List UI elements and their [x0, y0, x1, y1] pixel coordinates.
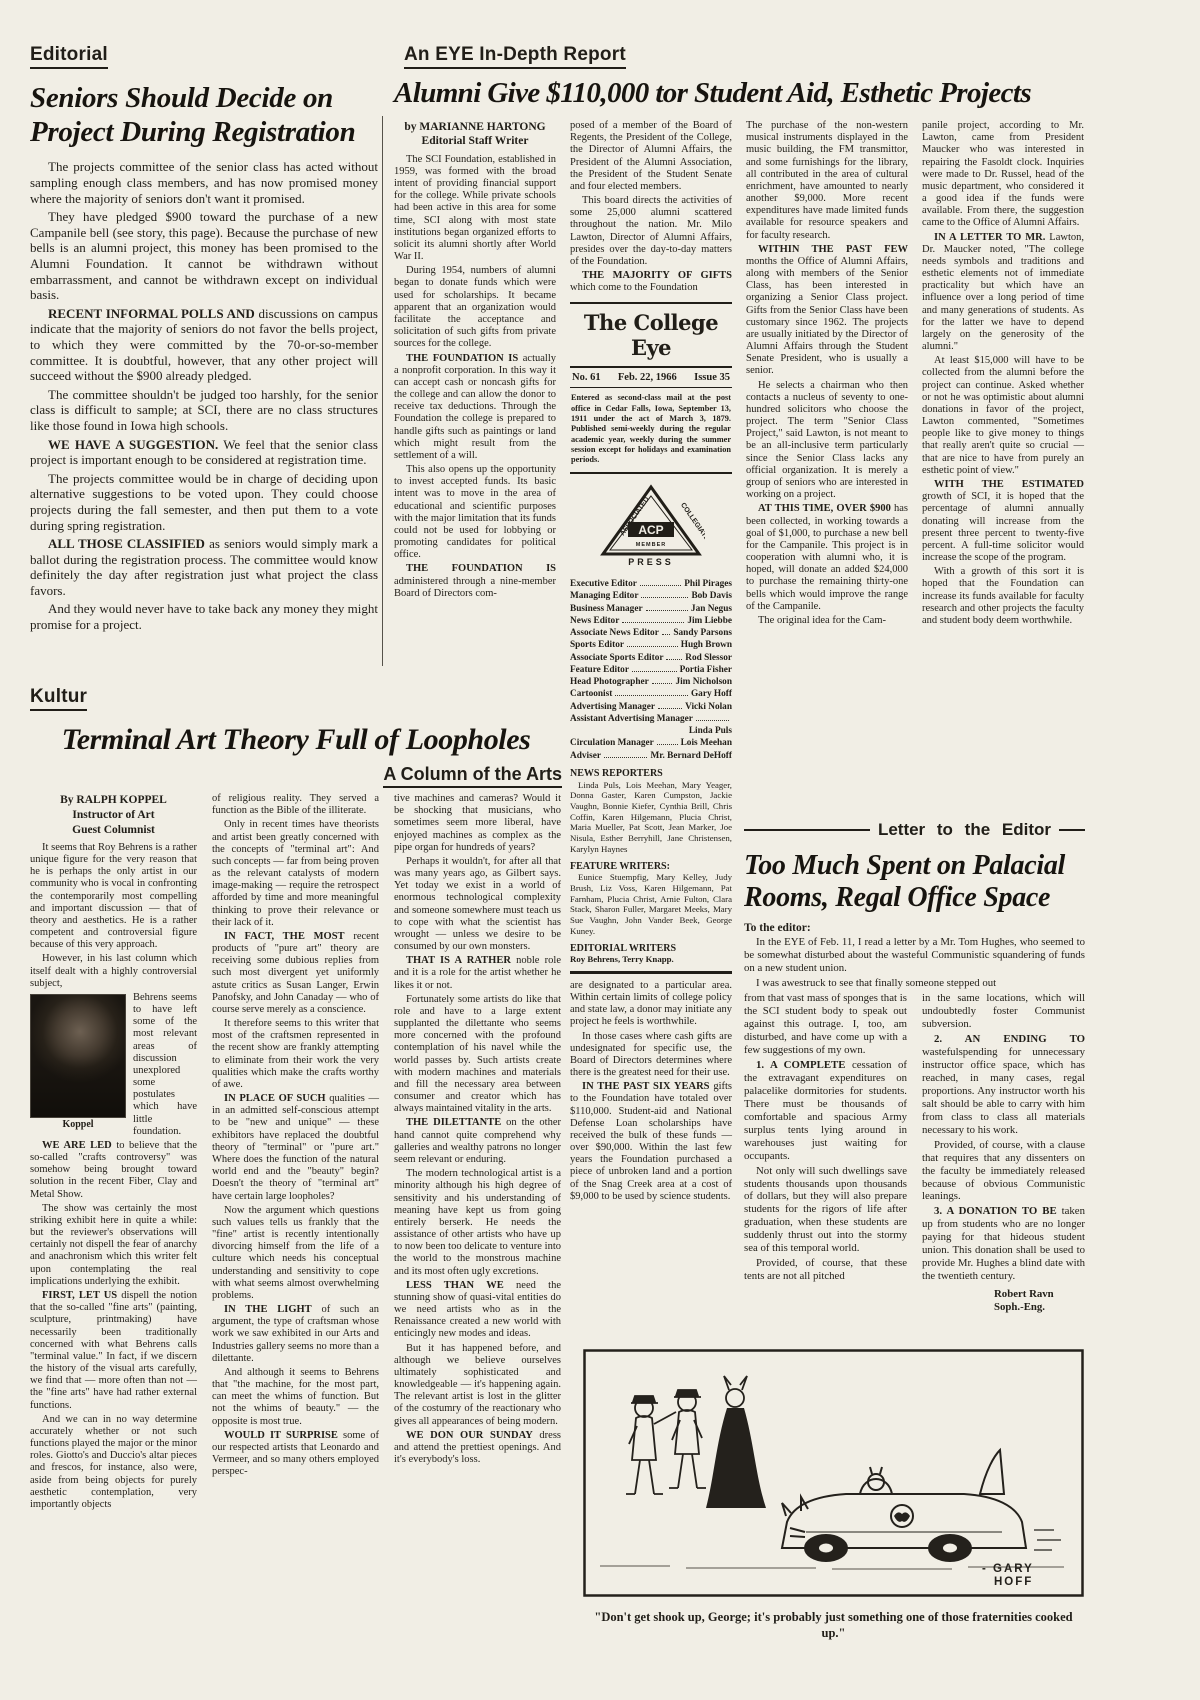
paragraph: Not only will such dwellings save studen… — [744, 1165, 907, 1256]
dotted-leader — [622, 622, 684, 623]
staff-row: Managing EditorBob Davis — [570, 590, 732, 602]
alumni-col2-bottom-text: are designated to a particular area. Wit… — [570, 980, 732, 1203]
paragraph-lead-in: IN FACT, THE MOST — [224, 931, 345, 942]
kultur-column-2: of religious reality. They served a func… — [212, 793, 379, 1480]
cartoonist-signature-line2: HOFF — [994, 1576, 1033, 1588]
svg-text:COLLEGIATE: COLLEGIATE — [679, 502, 705, 543]
editorial-writers-names: Roy Behrens, Terry Knapp. — [570, 954, 732, 965]
staff-role: Associate Sports Editor — [570, 652, 663, 664]
acp-triangle-icon: ASSOCIATED COLLEGIATE ACP MEMBER PRESS — [597, 482, 705, 568]
kultur-kicker: Kultur — [30, 686, 87, 711]
paragraph-lead-in: 2. AN ENDING TO — [934, 1033, 1085, 1045]
paragraph: are designated to a particular area. Wit… — [570, 980, 732, 1029]
feature-writers-names: Eunice Stuempfig, Mary Kelley, Judy Brus… — [570, 872, 732, 936]
paragraph: The SCI Foundation, established in 1959,… — [394, 154, 556, 264]
paragraph: The modern technological artist is a min… — [394, 1168, 561, 1278]
dotted-leader — [666, 659, 682, 660]
signature-class: Soph.-Eng. — [922, 1301, 1085, 1314]
dotted-leader — [632, 671, 677, 672]
kultur-col1-rest-text: WE ARE LED to believe that the so-called… — [30, 1140, 197, 1511]
paragraph: Provided, of course, that these tents ar… — [744, 1257, 907, 1283]
kicker-rule-right — [1059, 829, 1085, 831]
staff-person: Lois Meehan — [681, 737, 732, 749]
letter-col2-text: in the same locations, which will undoub… — [922, 992, 1085, 1283]
paragraph: THAT IS A RATHER noble role and it is a … — [394, 955, 561, 992]
alumni-byline: by MARIANNE HARTONGEditorial Staff Write… — [394, 120, 556, 149]
paragraph-lead-in: LESS THAN WE — [406, 1280, 504, 1291]
paragraph: of religious reality. They served a func… — [212, 793, 379, 817]
kicker-rule-left — [744, 829, 870, 831]
staff-row: Sports EditorHugh Brown — [570, 639, 732, 651]
paragraph: Provided, of course, with a clause that … — [922, 1139, 1085, 1204]
paragraph-lead-in: THE FOUNDATION IS — [406, 353, 518, 364]
batmobile-icon — [782, 1450, 1061, 1561]
editorial-headline-line1: Seniors Should Decide on — [30, 82, 333, 114]
letter-section: Letter to the Editor Too Much Spent on P… — [744, 820, 1085, 1314]
staff-row: Executive EditorPhil Pirages — [570, 578, 732, 590]
kultur-headline: Terminal Art Theory Full of Loopholes — [30, 723, 562, 757]
alumni-headline: Alumni Give $110,000 tor Student Aid, Es… — [394, 77, 1084, 110]
letter-headline-line2: Rooms, Regal Office Space — [744, 882, 1050, 913]
police-officer-1-icon — [626, 1396, 676, 1494]
paragraph: The original idea for the Cam- — [746, 615, 908, 627]
second-class-mail-notice: Entered as second-class mail at the post… — [570, 388, 732, 474]
police-officer-2-icon — [669, 1390, 706, 1488]
editorial-headline-line2: Project During Registration — [30, 116, 355, 148]
koppel-portrait-photo — [30, 994, 126, 1118]
paragraph: Perhaps it wouldn't, for after all that … — [394, 856, 561, 953]
koppel-photo-block: Koppel — [30, 994, 126, 1131]
column-divider-rule — [382, 116, 383, 666]
dotted-leader — [646, 610, 688, 611]
issue-count: Issue 35 — [694, 372, 730, 384]
dotted-leader — [662, 634, 671, 635]
editorial-kicker: Editorial — [30, 44, 108, 69]
staff-person: Jan Negus — [691, 603, 732, 615]
paragraph: With a growth of this sort it is hoped t… — [922, 566, 1084, 627]
paragraph: I was awestruck to see that finally some… — [744, 977, 1085, 990]
staff-role: News Editor — [570, 615, 619, 627]
paragraph: WE ARE LED to believe that the so-called… — [30, 1140, 197, 1201]
paragraph-lead-in: THE MAJORITY OF GIFTS — [582, 270, 732, 281]
staff-row: Assistant Advertising ManagerLinda Puls — [570, 713, 732, 738]
staff-row: News EditorJim Liebbe — [570, 615, 732, 627]
staff-role: Cartoonist — [570, 688, 612, 700]
paragraph: The committee shouldn't be judged too ha… — [30, 387, 378, 434]
paragraph: However, in his last column which itself… — [30, 953, 197, 990]
byline-title: Editorial Staff Writer — [422, 135, 529, 147]
cartoon-caption: "Don't get shook up, George; it's probab… — [582, 1609, 1085, 1642]
staff-role: Executive Editor — [570, 578, 637, 590]
masthead-box: The College Eye No. 61 Feb. 22, 1966 Iss… — [570, 302, 732, 973]
paragraph: ALL THOSE CLASSIFIED as seniors would si… — [30, 536, 378, 598]
paragraph: from that vast mass of sponges that is t… — [744, 992, 907, 1057]
staff-person: Rod Slessor — [685, 652, 732, 664]
paragraph: panile project, according to Mr. Lawton,… — [922, 120, 1084, 230]
paragraph: IN PLACE OF SUCH qualities — in an admit… — [212, 1093, 379, 1203]
paragraph: THE MAJORITY OF GIFTS which come to the … — [570, 270, 732, 294]
paragraph-lead-in: THE DILETTANTE — [406, 1117, 501, 1128]
letter-column-1: from that vast mass of sponges that is t… — [744, 992, 907, 1285]
arts-column-label: A Column of the Arts — [383, 764, 562, 788]
paragraph-lead-in: ALL THOSE CLASSIFIED — [48, 536, 205, 551]
paragraph: It therefore seems to this writer that m… — [212, 1018, 379, 1091]
dotted-leader — [615, 695, 688, 696]
paragraph-lead-in: THE FOUNDATION IS — [406, 563, 556, 574]
alumni-column-4: panile project, according to Mr. Lawton,… — [922, 120, 1084, 629]
paragraph: 3. A DONATION TO BE taken up from studen… — [922, 1205, 1085, 1283]
paragraph: posed of a member of the Board of Regent… — [570, 120, 732, 193]
paragraph: He selects a chairman who then contacts … — [746, 380, 908, 502]
alumni-column-3: The purchase of the non-western musical … — [746, 120, 908, 629]
paragraph: This also opens up the opportunity to in… — [394, 464, 556, 561]
paragraph: And they would never have to take back a… — [30, 601, 378, 632]
staff-person: Phil Pirages — [684, 578, 732, 590]
letter-column-2: in the same locations, which will undoub… — [922, 992, 1085, 1314]
paragraph: The show was certainly the most striking… — [30, 1203, 197, 1288]
paragraph: IN THE LIGHT of such an argument, the ty… — [212, 1304, 379, 1365]
staff-person: Mr. Bernard DeHoff — [650, 750, 732, 762]
paragraph-lead-in: WITHIN THE PAST FEW — [758, 244, 908, 255]
staff-person: Linda Puls — [689, 725, 732, 737]
editorial-headline: Seniors Should Decide onProject During R… — [30, 81, 378, 149]
paragraph: 1. A COMPLETE cessation of the extravaga… — [744, 1059, 907, 1163]
paragraph-lead-in: WE HAVE A SUGGESTION. — [48, 437, 218, 452]
staff-role: Assistant Advertising Manager — [570, 713, 693, 725]
editorial-section: Editorial Seniors Should Decide onProjec… — [30, 44, 378, 636]
kultur-column-1: By RALPH KOPPEL Instructor of Art Guest … — [30, 793, 197, 1513]
alumni-col1-text: The SCI Foundation, established in 1959,… — [394, 154, 556, 600]
paragraph-lead-in: THAT IS A RATHER — [406, 955, 511, 966]
paragraph: WE DON OUR SUNDAY dress and attend the p… — [394, 1430, 561, 1467]
dotted-leader — [658, 708, 682, 709]
kultur-section: Kultur Terminal Art Theory Full of Looph… — [30, 686, 562, 1513]
staff-row: Advertising ManagerVicki Nolan — [570, 701, 732, 713]
dotted-leader — [696, 720, 729, 721]
staff-role: Feature Editor — [570, 664, 629, 676]
staff-person: Vicki Nolan — [685, 701, 732, 713]
dotted-leader — [657, 744, 678, 745]
paragraph: Only in recent times have theorists and … — [212, 819, 379, 929]
paragraph: in the same locations, which will undoub… — [922, 992, 1085, 1031]
paragraph: WE HAVE A SUGGESTION. We feel that the s… — [30, 437, 378, 468]
staff-row: Associate News EditorSandy Parsons — [570, 627, 732, 639]
paragraph: THE FOUNDATION IS actually a nonprofit c… — [394, 353, 556, 463]
kultur-byline-role2: Guest Columnist — [72, 824, 155, 836]
news-reporters-label: NEWS REPORTERS — [570, 768, 732, 780]
paragraph: At least $15,000 will have to be collect… — [922, 355, 1084, 477]
paragraph: WOULD IT SURPRISE some of our respected … — [212, 1430, 379, 1479]
news-reporters-block: NEWS REPORTERS Linda Puls, Lois Meehan, … — [570, 768, 732, 855]
staff-row: AdviserMr. Bernard DeHoff — [570, 750, 732, 762]
kultur-byline-role1: Instructor of Art — [72, 809, 154, 821]
acp-press-logo: ASSOCIATED COLLEGIATE ACP MEMBER PRESS — [570, 474, 732, 574]
newspaper-nameplate: The College Eye — [570, 302, 732, 368]
staff-list: Executive EditorPhil PiragesManaging Edi… — [570, 578, 732, 762]
svg-text:ACP: ACP — [638, 523, 663, 537]
paragraph: FIRST, LET US dispell the notion that th… — [30, 1290, 197, 1412]
dotted-leader — [652, 683, 673, 684]
paragraph: LESS THAN WE need the stunning show of q… — [394, 1280, 561, 1341]
kultur-columns: By RALPH KOPPEL Instructor of Art Guest … — [30, 793, 562, 1513]
feature-writers-block: FEATURE WRITERS: Eunice Stuempfig, Mary … — [570, 861, 732, 937]
photo-caption: Koppel — [30, 1118, 126, 1131]
paragraph: RECENT INFORMAL POLLS AND discussions on… — [30, 306, 378, 384]
signature-name: Robert Ravn — [922, 1288, 1085, 1301]
staff-row: CartoonistGary Hoff — [570, 688, 732, 700]
staff-person: Hugh Brown — [681, 639, 732, 651]
kultur-byline: By RALPH KOPPEL Instructor of Art Guest … — [30, 793, 197, 838]
letter-signature: Robert Ravn Soph.-Eng. — [922, 1288, 1085, 1314]
paragraph: WITHIN THE PAST FEW months the Office of… — [746, 244, 908, 378]
paragraph-lead-in: IN THE LIGHT — [224, 1304, 312, 1315]
letter-salutation: To the editor: — [744, 922, 1085, 934]
kultur-column-3: tive machines and cameras? Would it be s… — [394, 793, 561, 1468]
staff-person: Jim Nicholson — [675, 676, 732, 688]
paragraph: IN FACT, THE MOST recent products of "pu… — [212, 931, 379, 1016]
issue-date: Feb. 22, 1966 — [618, 372, 677, 384]
editorial-body: The projects committee of the senior cla… — [30, 159, 378, 632]
alumni-kicker: An EYE In-Depth Report — [404, 44, 626, 69]
paragraph-lead-in: IN THE PAST SIX YEARS — [582, 1081, 710, 1092]
editorial-writers-block: EDITORIAL WRITERS Roy Behrens, Terry Kna… — [570, 943, 732, 965]
alumni-column-2: posed of a member of the Board of Regent… — [570, 120, 732, 1205]
paragraph: tive machines and cameras? Would it be s… — [394, 793, 561, 854]
staff-row: Circulation ManagerLois Meehan — [570, 737, 732, 749]
staff-role: Circulation Manager — [570, 737, 654, 749]
staff-role: Advertising Manager — [570, 701, 655, 713]
letter-kicker-text: Letter to the Editor — [878, 820, 1051, 840]
staff-person: Gary Hoff — [691, 688, 732, 700]
staff-row: Associate Sports EditorRod Slessor — [570, 652, 732, 664]
newspaper-page: Editorial Seniors Should Decide onProjec… — [0, 0, 1200, 1700]
alumni-column-1: by MARIANNE HARTONGEditorial Staff Write… — [394, 120, 556, 602]
paragraph: The purchase of the non-western musical … — [746, 120, 908, 242]
dotted-leader — [641, 597, 688, 598]
paragraph-lead-in: WE DON OUR SUNDAY — [406, 1430, 533, 1441]
paragraph: Now the argument which questions such va… — [212, 1205, 379, 1302]
paragraph: And although it seems to Behrens that "t… — [212, 1367, 379, 1428]
paragraph-lead-in: WITH THE ESTIMATED — [934, 479, 1084, 490]
paragraph: It seems that Roy Behrens is a rather un… — [30, 842, 197, 952]
paragraph: During 1954, numbers of alumni began to … — [394, 265, 556, 350]
letter-intro-text: In the EYE of Feb. 11, I read a letter b… — [744, 936, 1085, 990]
paragraph: THE DILETTANTE on the other hand cannot … — [394, 1117, 561, 1166]
staff-person: Bob Davis — [691, 590, 732, 602]
paragraph: IN THE PAST SIX YEARS gifts to the Found… — [570, 1081, 732, 1203]
paragraph: This board directs the activities of som… — [570, 195, 732, 268]
paragraph-lead-in: IN PLACE OF SUCH — [224, 1093, 326, 1104]
letter-headline: Too Much Spent on PalacialRooms, Regal O… — [744, 850, 1085, 914]
staff-role: Associate News Editor — [570, 627, 659, 639]
byline-author: by MARIANNE HARTONG — [404, 121, 545, 133]
paragraph-lead-in: 3. A DONATION TO BE — [934, 1205, 1057, 1217]
kultur-col1-top-text: It seems that Roy Behrens is a rather un… — [30, 842, 197, 990]
paragraph: 2. AN ENDING TO wastefulspending for unn… — [922, 1033, 1085, 1137]
staff-role: Business Manager — [570, 603, 643, 615]
editorial-writers-label: EDITORIAL WRITERS — [570, 943, 732, 955]
svg-text:MEMBER: MEMBER — [636, 542, 666, 548]
dotted-leader — [627, 646, 678, 647]
paragraph-lead-in: 1. A COMPLETE — [756, 1059, 845, 1071]
paragraph: In the EYE of Feb. 11, I read a letter b… — [744, 936, 1085, 975]
letter-columns: from that vast mass of sponges that is t… — [744, 992, 1085, 1314]
issue-number: No. 61 — [572, 372, 601, 384]
paragraph: THE FOUNDATION IS administered through a… — [394, 563, 556, 600]
paragraph-lead-in: AT THIS TIME, OVER $900 — [758, 503, 891, 514]
staff-row: Business ManagerJan Negus — [570, 603, 732, 615]
paragraph: But it has happened before, and although… — [394, 1343, 561, 1428]
dotted-leader — [640, 585, 681, 586]
paragraph-lead-in: WOULD IT SURPRISE — [224, 1430, 338, 1441]
staff-person: Jim Liebbe — [687, 615, 732, 627]
paragraph: They have pledged $900 toward the purcha… — [30, 209, 378, 303]
letter-headline-line1: Too Much Spent on Palacial — [744, 850, 1065, 881]
paragraph: And we can in no way determine accuratel… — [30, 1414, 197, 1511]
staff-person: Sandy Parsons — [673, 627, 732, 639]
batman-figure-icon — [706, 1376, 766, 1508]
paragraph: The projects committee of the senior cla… — [30, 159, 378, 206]
cartoon-section: - GARY HOFF "Don't get shook up, George;… — [582, 1348, 1085, 1642]
paragraph-lead-in: RECENT INFORMAL POLLS AND — [48, 306, 255, 321]
staff-role: Sports Editor — [570, 639, 624, 651]
cartoonist-signature-line1: - GARY — [982, 1563, 1034, 1575]
dotted-leader — [604, 757, 647, 758]
paragraph: In those cases where cash gifts are unde… — [570, 1031, 732, 1080]
staff-person: Portia Fisher — [680, 664, 732, 676]
paragraph: Fortunately some artists do like that ro… — [394, 994, 561, 1116]
staff-role: Managing Editor — [570, 590, 638, 602]
paragraph: WITH THE ESTIMATED growth of SCI, it is … — [922, 479, 1084, 564]
paragraph: AT THIS TIME, OVER $900 has been collect… — [746, 503, 908, 613]
staff-role: Head Photographer — [570, 676, 649, 688]
paragraph: The projects committee would be in charg… — [30, 471, 378, 533]
alumni-col2-top-text: posed of a member of the Board of Regent… — [570, 120, 732, 294]
staff-row: Head PhotographerJim Nicholson — [570, 676, 732, 688]
issue-line: No. 61 Feb. 22, 1966 Issue 35 — [570, 368, 732, 388]
staff-row: Feature EditorPortia Fisher — [570, 664, 732, 676]
feature-writers-label: FEATURE WRITERS: — [570, 861, 732, 873]
svg-text:PRESS: PRESS — [628, 557, 674, 567]
letter-kicker: Letter to the Editor — [744, 820, 1085, 840]
paragraph-lead-in: FIRST, LET US — [42, 1290, 117, 1301]
batmobile-cartoon-drawing: - GARY HOFF — [582, 1348, 1085, 1598]
paragraph-lead-in: IN A LETTER TO MR. — [934, 232, 1045, 243]
news-reporters-names: Linda Puls, Lois Meehan, Mary Yeager, Do… — [570, 780, 732, 855]
paragraph-lead-in: WE ARE LED — [42, 1140, 112, 1151]
paragraph: IN A LETTER TO MR. Lawton, Dr. Maucker n… — [922, 232, 1084, 354]
staff-role: Adviser — [570, 750, 601, 762]
kultur-byline-author: By RALPH KOPPEL — [60, 794, 167, 806]
